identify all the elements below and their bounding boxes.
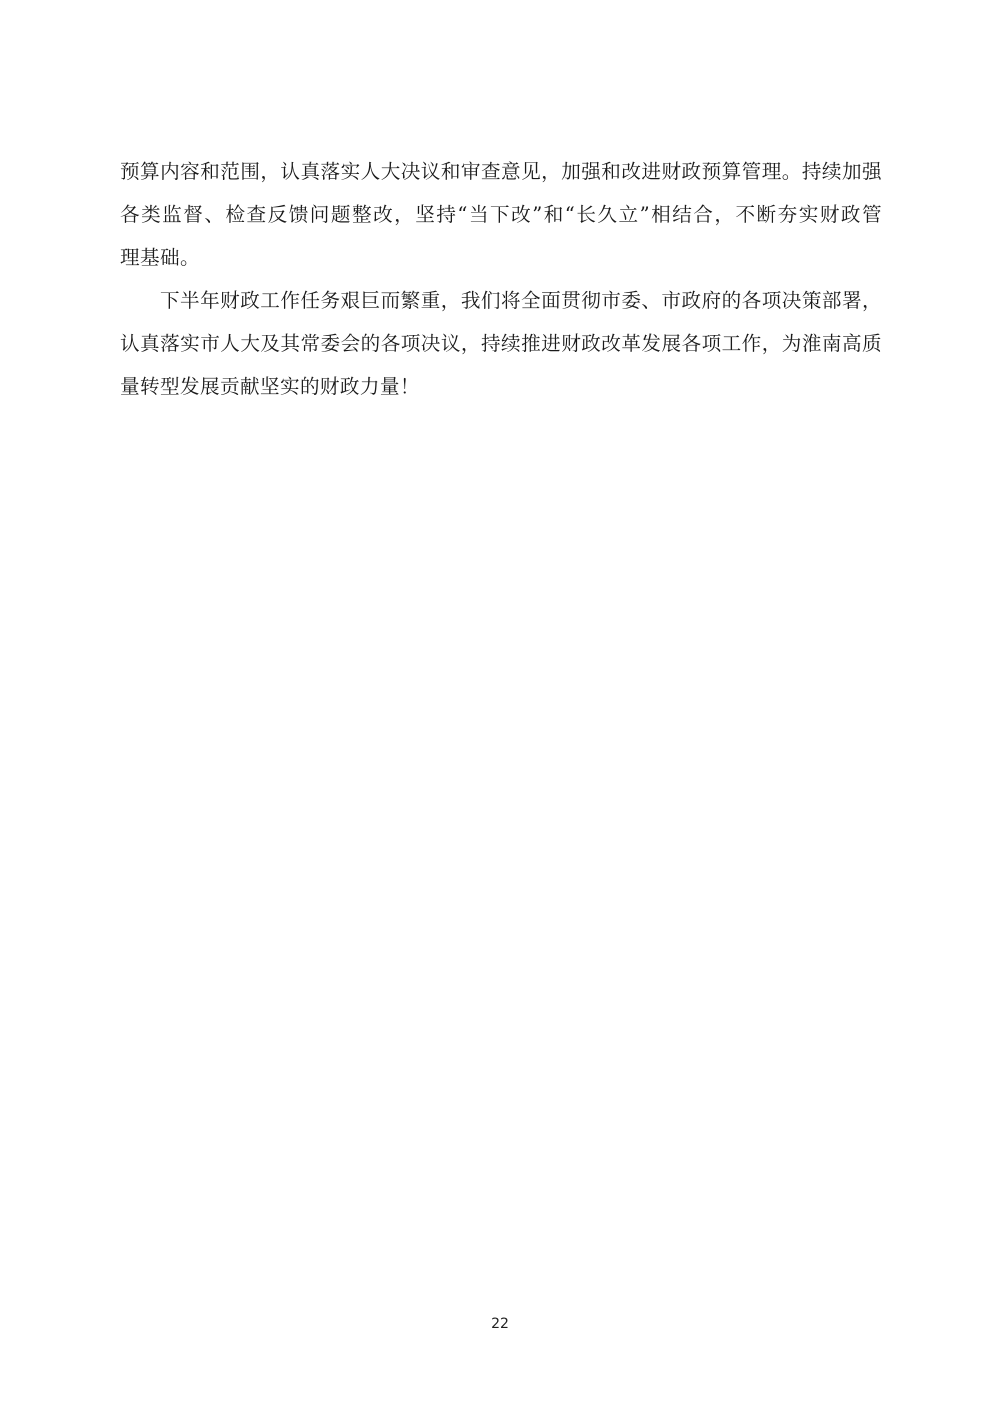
document-page: 预算内容和范围，认真落实人大决议和审查意见，加强和改进财政预算管理。持续加强 各… <box>0 0 1000 1415</box>
text-line: 各类监督、检查反馈问题整改，坚持“当下改”和“长久立”相结合，不断夯实财政管 <box>120 193 882 236</box>
text-line: 下半年财政工作任务艰巨而繁重，我们将全面贯彻市委、市政府的各项决策部署， <box>120 279 882 322</box>
page-number: 22 <box>0 1316 1000 1332</box>
text-line: 理基础。 <box>120 236 882 279</box>
document-body: 预算内容和范围，认真落实人大决议和审查意见，加强和改进财政预算管理。持续加强 各… <box>120 150 882 408</box>
paragraph-continuation: 预算内容和范围，认真落实人大决议和审查意见，加强和改进财政预算管理。持续加强 各… <box>120 150 882 279</box>
text-line: 认真落实市人大及其常委会的各项决议，持续推进财政改革发展各项工作，为淮南高质 <box>120 322 882 365</box>
text-line: 预算内容和范围，认真落实人大决议和审查意见，加强和改进财政预算管理。持续加强 <box>120 150 882 193</box>
text-line: 量转型发展贡献坚实的财政力量！ <box>120 365 882 408</box>
paragraph-closing: 下半年财政工作任务艰巨而繁重，我们将全面贯彻市委、市政府的各项决策部署， 认真落… <box>120 279 882 408</box>
